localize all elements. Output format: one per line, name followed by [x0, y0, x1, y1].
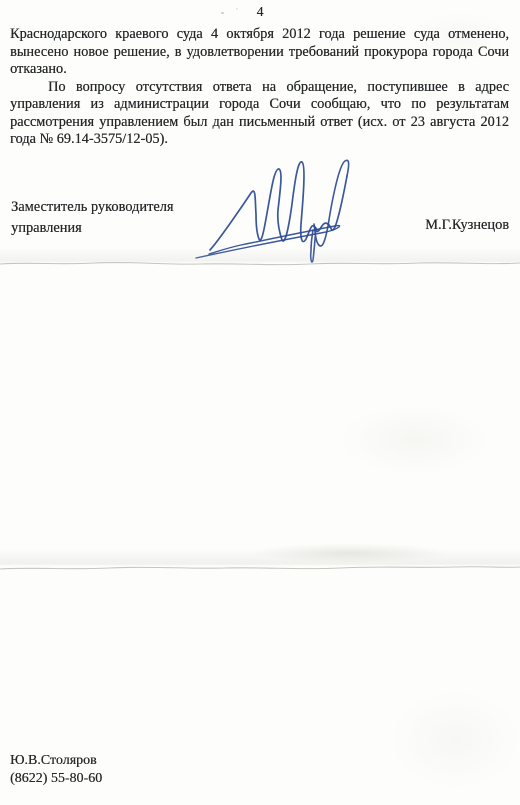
scan-speck	[236, 8, 238, 10]
scan-speck	[221, 12, 224, 14]
body-text-line: отказано.	[10, 61, 509, 79]
body-text-line: управления из администрации города Сочи …	[10, 96, 509, 114]
tear-line-path	[0, 567, 520, 569]
scan-blotch	[390, 690, 520, 790]
footer-phone: (8622) 55-80-60	[10, 770, 102, 788]
body-text-line: года № 69.14-3575/12-05).	[10, 131, 509, 149]
footer-contact: Ю.В.Столяров (8622) 55-80-60	[10, 752, 102, 787]
body-text-line: По вопросу отсутствия ответа на обращени…	[10, 79, 509, 97]
body-text-line: рассмотрения управлением был дан письмен…	[10, 114, 509, 132]
scan-blotch	[340, 405, 490, 475]
body-text: Краснодарского краевого суда 4 октября 2…	[10, 26, 509, 149]
body-text-line: вынесено новое решение, в удовлетворении…	[10, 44, 509, 62]
body-paragraph-1: Краснодарского краевого суда 4 октября 2…	[10, 26, 509, 79]
footer-contact-name: Ю.В.Столяров	[10, 752, 102, 770]
document-page: 4 Краснодарского краевого суда 4 октября…	[0, 0, 520, 805]
page-number: 4	[0, 4, 520, 20]
signoff-name: М.Г.Кузнецов	[425, 217, 509, 234]
signature-stroke	[311, 160, 349, 262]
scan-tear-line-2	[0, 560, 520, 574]
handwritten-signature	[183, 152, 358, 267]
body-paragraph-2: По вопросу отсутствия ответа на обращени…	[10, 79, 509, 149]
scan-blotch	[250, 543, 450, 563]
body-text-line: Краснодарского краевого суда 4 октября 2…	[10, 26, 509, 44]
scan-shadow-band	[0, 549, 520, 566]
